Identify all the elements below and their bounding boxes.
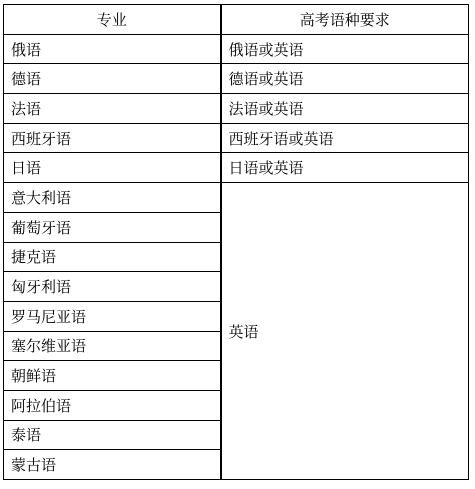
major-cell: 俄语 <box>4 34 221 64</box>
major-cell: 罗马尼亚语 <box>4 301 221 331</box>
col-header-major: 专业 <box>4 5 221 35</box>
requirement-cell: 法语或英语 <box>221 94 469 124</box>
major-cell: 塞尔维亚语 <box>4 331 221 361</box>
requirement-cell: 日语或英语 <box>221 153 469 183</box>
table-row: 日语 日语或英语 <box>4 153 469 183</box>
major-cell: 日语 <box>4 153 221 183</box>
requirement-cell: 德语或英语 <box>221 64 469 94</box>
table-row: 意大利语 英语 <box>4 183 469 213</box>
major-cell: 泰语 <box>4 420 221 450</box>
major-cell: 朝鲜语 <box>4 361 221 391</box>
major-cell: 西班牙语 <box>4 123 221 153</box>
major-cell: 德语 <box>4 64 221 94</box>
language-requirements-table: 专业 高考语种要求 俄语 俄语或英语 德语 德语或英语 法语 法语或英语 西班牙… <box>3 4 469 480</box>
requirement-cell: 西班牙语或英语 <box>221 123 469 153</box>
table-row: 德语 德语或英语 <box>4 64 469 94</box>
table-row: 法语 法语或英语 <box>4 94 469 124</box>
major-cell: 阿拉伯语 <box>4 390 221 420</box>
major-cell: 法语 <box>4 94 221 124</box>
major-cell: 意大利语 <box>4 183 221 213</box>
header-row: 专业 高考语种要求 <box>4 5 469 35</box>
table-row: 俄语 俄语或英语 <box>4 34 469 64</box>
language-requirements-table-container: 专业 高考语种要求 俄语 俄语或英语 德语 德语或英语 法语 法语或英语 西班牙… <box>3 4 469 480</box>
requirement-cell: 俄语或英语 <box>221 34 469 64</box>
table-row: 西班牙语 西班牙语或英语 <box>4 123 469 153</box>
major-cell: 捷克语 <box>4 242 221 272</box>
merged-requirement-cell: 英语 <box>221 183 469 480</box>
major-cell: 蒙古语 <box>4 450 221 480</box>
major-cell: 葡萄牙语 <box>4 212 221 242</box>
major-cell: 匈牙利语 <box>4 272 221 302</box>
col-header-requirement: 高考语种要求 <box>221 5 469 35</box>
